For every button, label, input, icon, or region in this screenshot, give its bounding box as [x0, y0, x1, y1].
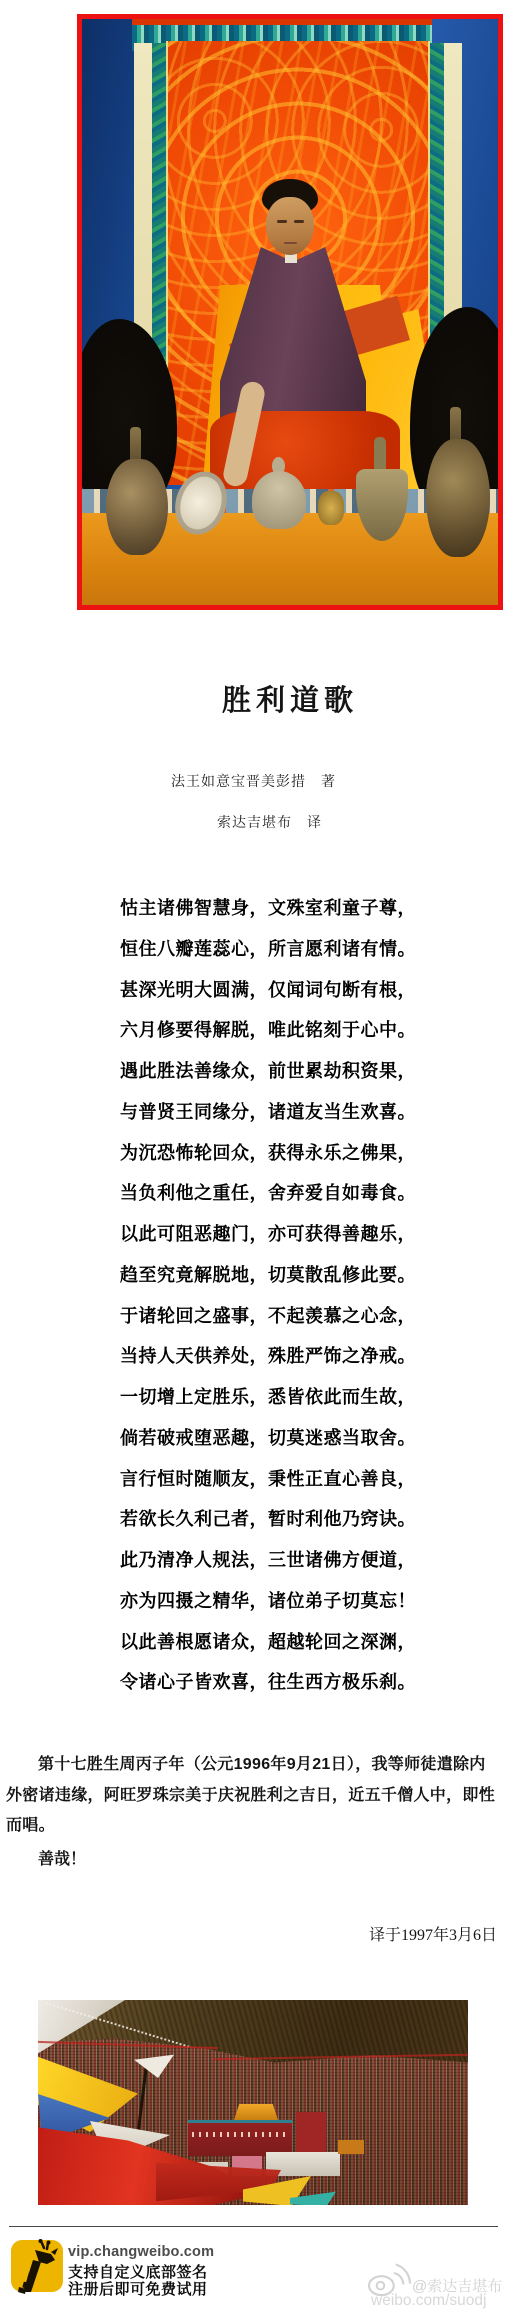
monastery-windows — [192, 2132, 288, 2137]
poem-line: 与普贤王同缘分，诸道友当生欢喜。 — [120, 1092, 416, 1133]
poem-line: 以此善根愿诸众，超越轮回之深渊， — [120, 1622, 416, 1663]
poem-line: 六月修要得解脱，唯此铭刻于心中。 — [120, 1010, 416, 1051]
poem-line: 一切增上定胜乐，悉皆依此而生故， — [120, 1377, 416, 1418]
long-weibo-page: 胜利道歌 法王如意宝晋美彭措 著 索达吉堪布 译 怙主诸佛智慧身，文殊室利童子尊… — [0, 0, 507, 2316]
colophon-exclamation: 善哉！ — [38, 1846, 86, 1869]
poem-line: 趋至究竟解脱地，切莫散乱修此要。 — [120, 1255, 416, 1296]
monastery-building — [188, 2120, 292, 2156]
vajra — [318, 491, 344, 525]
poem-line: 于诸轮回之盛事，不起羡慕之心念， — [120, 1296, 416, 1337]
poem-line: 怙主诸佛智慧身，文殊室利童子尊， — [120, 888, 416, 929]
poem-line: 倘若破戒堕恶趣，切莫迷惑当取舍。 — [120, 1418, 416, 1459]
poem-line: 甚深光明大圆满，仅闻词句断有根， — [120, 970, 416, 1011]
lama-portrait-photo — [77, 14, 503, 610]
poem-line: 亦为四摄之精华，诸位弟子切莫忘！ — [120, 1581, 416, 1622]
poem-line: 令诸心子皆欢喜，往生西方极乐刹。 — [120, 1662, 416, 1703]
footer-divider — [9, 2226, 498, 2227]
lama-face — [266, 197, 314, 255]
colophon-paragraph: 第十七胜生周丙子年（公元1996年9月21日），我等师徒遣除内外密诸违缘，阿旺罗… — [6, 1750, 498, 1842]
ritual-bell-handle — [374, 437, 386, 473]
golden-roof-temple — [234, 2104, 278, 2120]
changweibo-giraffe-icon — [11, 2238, 63, 2294]
poem-line: 遇此胜法善缘众，前世累劫积资果， — [120, 1051, 416, 1092]
lama-mouth — [284, 242, 297, 244]
poem: 怙主诸佛智慧身，文殊室利童子尊， 恒住八瓣莲蕊心，所言愿利诸有情。 甚深光明大圆… — [120, 888, 416, 1703]
poem-line: 言行恒时随顺友，秉性正直心善良， — [120, 1459, 416, 1500]
changweibo-slogan-2: 注册后即可免费试用 — [68, 2278, 208, 2299]
offering-bowl — [252, 471, 306, 529]
lama-right-eye — [294, 220, 304, 223]
poem-line: 以此可阻恶趣门，亦可获得善趣乐， — [120, 1214, 416, 1255]
translation-date: 译于1997年3月6日 — [369, 1922, 497, 1945]
larung-valley-photo — [38, 2000, 468, 2205]
poem-line: 为沉恐怖轮回众，获得永乐之佛果， — [120, 1133, 416, 1174]
ritual-ewer-left — [106, 459, 168, 555]
weibo-watermark-url: weibo.com/suodj — [371, 2292, 486, 2310]
translator-line: 索达吉堪布 译 — [16, 812, 507, 832]
orange-roof-small — [338, 2140, 364, 2154]
poem-line: 恒住八瓣莲蕊心，所言愿利诸有情。 — [120, 929, 416, 970]
ritual-ewer-right — [426, 439, 490, 557]
poem-line: 当负利他之重任，舍弃爱自如毒食。 — [120, 1173, 416, 1214]
poem-line: 若欲长久利己者，暂时利他乃窍诀。 — [120, 1499, 416, 1540]
red-tower — [296, 2112, 326, 2156]
poem-line: 当持人天供养处，殊胜严饰之净戒。 — [120, 1336, 416, 1377]
poem-line: 此乃清净人规法，三世诸佛方便道， — [120, 1540, 416, 1581]
author-line: 法王如意宝晋美彭措 著 — [0, 771, 507, 791]
page-title: 胜利道歌 — [222, 678, 358, 719]
changweibo-domain: vip.changweibo.com — [68, 2244, 214, 2260]
lama-left-eye — [277, 220, 287, 223]
